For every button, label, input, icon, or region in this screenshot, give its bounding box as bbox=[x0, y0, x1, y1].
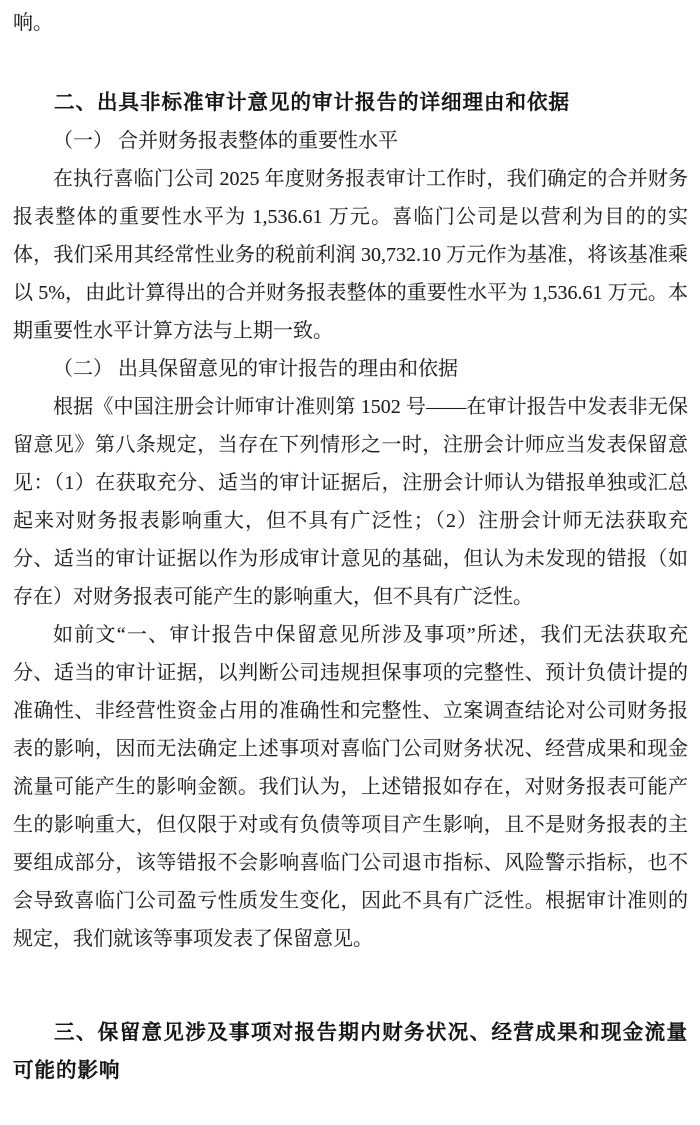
subsection-2-1-heading: （一） 合并财务报表整体的重要性水平 bbox=[13, 122, 688, 160]
qualified-opinion-basis-paragraph: 如前文“一、审计报告中保留意见所涉及事项”所述，我们无法获取充分、适当的审计证据… bbox=[13, 616, 688, 958]
audit-standards-paragraph: 根据《中国注册会计师审计准则第 1502 号——在审计报告中发表非无保留意见》第… bbox=[13, 388, 688, 616]
section-spacer bbox=[13, 958, 688, 1014]
previous-paragraph-fragment: 响。 bbox=[13, 4, 688, 42]
section-2-heading: 二、出具非标准审计意见的审计报告的详细理由和依据 bbox=[13, 84, 688, 122]
section-3-heading: 三、保留意见涉及事项对报告期内财务状况、经营成果和现金流量可能的影响 bbox=[13, 1014, 688, 1090]
section-spacer bbox=[13, 42, 688, 84]
document-page: 响。 二、出具非标准审计意见的审计报告的详细理由和依据 （一） 合并财务报表整体… bbox=[0, 0, 700, 1125]
subsection-2-2-heading: （二） 出具保留意见的审计报告的理由和依据 bbox=[13, 350, 688, 388]
materiality-level-paragraph: 在执行喜临门公司 2025 年度财务报表审计工作时，我们确定的合并财务报表整体的… bbox=[13, 160, 688, 350]
